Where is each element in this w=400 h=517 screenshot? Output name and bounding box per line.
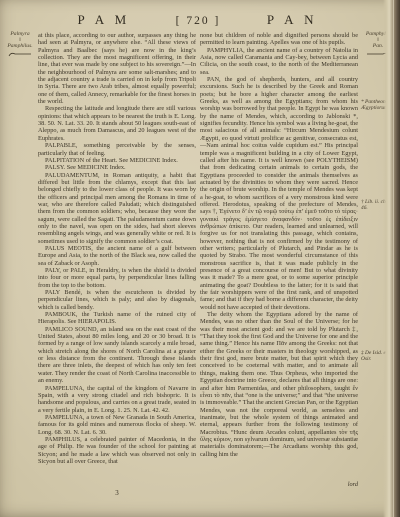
para-palus-meotis: PALUS MEOTIS, the ancient name of a gulf… bbox=[38, 245, 196, 267]
right-column: none but children of noble and dignified… bbox=[200, 32, 358, 486]
para-pamphilus: PAMPHILUS, a celebrated painter of Maced… bbox=[38, 436, 196, 465]
signature-mark: 3 bbox=[38, 489, 196, 497]
para-palsy: PALSY. See MEDICINE Index. bbox=[38, 164, 196, 171]
page-number: [ 720 ] bbox=[170, 15, 227, 27]
para-pamphilus-cont: none but children of noble and dignified… bbox=[200, 32, 358, 47]
para-palmyra-coords: Respecting the latitude and longitude th… bbox=[38, 105, 196, 142]
left-column: at this place, according to our author, … bbox=[38, 32, 196, 486]
para-pampeluna-spain: PAMPELUNA, the capital of the kingdom of… bbox=[38, 385, 196, 414]
para-pan-deity: The deity whom the Egyptians adored by t… bbox=[200, 311, 358, 458]
page-edge-highlight bbox=[393, 0, 394, 517]
para-paly: PALY, or PALE, in Heraldry, is when the … bbox=[38, 267, 196, 289]
para-pan: PAN, the god of shepherds, hunters, and … bbox=[200, 76, 358, 311]
sidenote-left-to: Pamphilus. bbox=[2, 43, 38, 50]
para-palmyra-cont: at this place, according to our author, … bbox=[38, 32, 196, 105]
para-pampeluna-america: PAMPELUNA, a town of New Granada in Sout… bbox=[38, 414, 196, 436]
catchword: lord bbox=[200, 481, 358, 488]
sidenote-left: Palmyra ‖ Pamphilus. bbox=[2, 31, 38, 57]
running-header-left: P A M bbox=[38, 12, 170, 28]
text-columns: at this place, according to our author, … bbox=[38, 32, 358, 486]
para-paly-bende: PALY Bendé, is when the escutcheon is di… bbox=[38, 289, 196, 311]
para-pambouk: PAMBOUK, the Turkish name of the ruined … bbox=[38, 311, 196, 326]
para-paludamentum: PALUDAMENTUM, in Roman antiquity, a habi… bbox=[38, 172, 196, 245]
para-pamphylia: PAMPHYLIA, the ancient name of a country… bbox=[200, 47, 358, 76]
book-page: P A M [ 720 ] P A N Palmyra ‖ Pamphilus.… bbox=[0, 0, 400, 517]
running-header: P A M [ 720 ] P A N bbox=[38, 12, 358, 28]
para-palpable: PALPABLE, something perceivable by the s… bbox=[38, 142, 196, 157]
book-page-edge bbox=[383, 0, 400, 517]
para-palpitation: PALPITATION of the Heart. See MEDICINE I… bbox=[38, 157, 196, 164]
running-header-right: P A N bbox=[226, 12, 358, 28]
para-pamlico-sound: PAMLICO SOUND, an island sea on the east… bbox=[38, 326, 196, 385]
sidenote-rule bbox=[8, 51, 32, 57]
